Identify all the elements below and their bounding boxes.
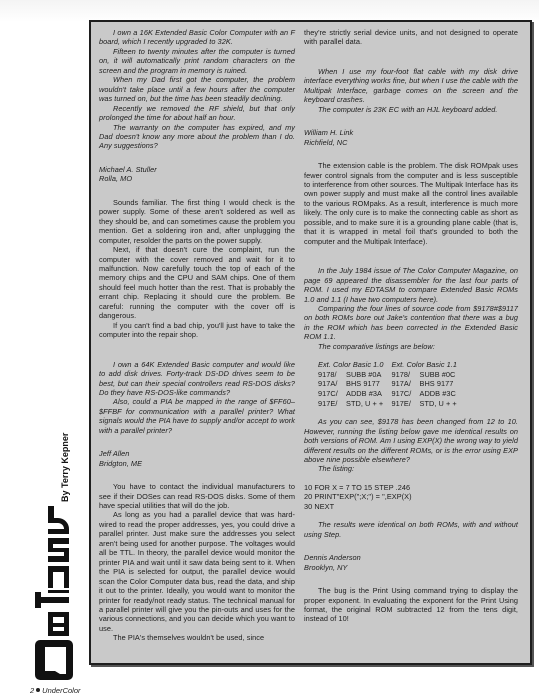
letter-link: When I use my four-foot flat cable with … <box>304 67 518 147</box>
letter-paragraph: The computer is 23K EC with an HJL keybo… <box>304 105 518 114</box>
signature-location: Bridgton, ME <box>99 459 295 468</box>
signature-location: Brooklyn, NY <box>304 563 518 572</box>
letter-paragraph: Also, could a PIA be mapped in the range… <box>99 397 295 435</box>
answer-paragraph: You have to contact the individual manuf… <box>99 482 295 510</box>
letter-paragraph: I own a 16K Extended Basic Color Compute… <box>99 28 295 47</box>
answer-stuller: Sounds familiar. The first thing I would… <box>99 198 295 340</box>
letter-paragraph: When my Dad first got the computer, the … <box>99 75 295 103</box>
table-row: 917E/ STD, U + + 917E/ STD, U + + <box>318 399 465 409</box>
article-box: I own a 16K Extended Basic Color Compute… <box>89 20 532 665</box>
address-cell: 917E/ <box>392 399 420 409</box>
previous-page-bleed <box>0 0 539 22</box>
answer-anderson: The bug is the Print Using command tryin… <box>304 586 518 624</box>
opcode-cell: STD, U + + <box>346 399 392 409</box>
letter-paragraph: In the July 1984 issue of The Color Comp… <box>304 266 518 304</box>
table-row: 917A/ BHS 9177 917A/ BHS 9177 <box>318 379 465 389</box>
signature-name: Michael A. Stuller <box>99 165 295 174</box>
left-column: I own a 16K Extended Basic Color Compute… <box>99 28 295 643</box>
basic-code-listing: 10 FOR X = 7 TO 15 STEP .246 20 PRINT"EX… <box>304 483 518 511</box>
address-cell: 917C/ <box>318 389 346 399</box>
code-line: 20 PRINT"EXP(";X;") = ",EXP(X) <box>304 492 518 501</box>
table-header-row: Ext. Color Basic 1.0 Ext. Color Basic 1.… <box>318 360 465 370</box>
letter-paragraph: As you can see, $9178 has been changed f… <box>304 417 518 464</box>
letter-paragraph: The listing: <box>304 464 518 473</box>
answer-paragraph: Sounds familiar. The first thing I would… <box>99 198 295 245</box>
answer-paragraph: The bug is the Print Using command tryin… <box>304 586 518 624</box>
opcode-cell: ADDB #3A <box>346 389 392 399</box>
answer-continued: they're strictly serial device units, an… <box>304 28 518 47</box>
signature-location: Richfield, NC <box>304 138 518 147</box>
table-row: 9178/ SUBB #0A 9178/ SUBB #0C <box>318 370 465 380</box>
address-cell: 917A/ <box>392 379 420 389</box>
answer-paragraph: The PIA's themselves wouldn't be used, s… <box>99 633 295 642</box>
bullet-icon <box>36 688 40 692</box>
letter-paragraph: Comparing the four lines of source code … <box>304 304 518 342</box>
letter-paragraph: Fifteen to twenty minutes after the comp… <box>99 47 295 75</box>
address-cell: 917A/ <box>318 379 346 389</box>
page-footer: 2UnderColor <box>30 686 81 695</box>
letter-paragraph: I own a 64K Extended Basic computer and … <box>99 360 295 398</box>
table-row: 917C/ ADDB #3A 917C/ ADDB #3C <box>318 389 465 399</box>
signature-location: Rolla, MO <box>99 174 295 183</box>
answer-paragraph: The extension cable is the problem. The … <box>304 161 518 246</box>
publication-name: UnderColor <box>42 686 80 695</box>
letter-anderson: In the July 1984 issue of The Color Comp… <box>304 266 518 572</box>
opcode-cell: BHS 9177 <box>420 379 466 389</box>
code-line: 10 FOR X = 7 TO 15 STEP .246 <box>304 483 518 492</box>
answer-paragraph: As long as you had a parallel device tha… <box>99 510 295 633</box>
answer-link: The extension cable is the problem. The … <box>304 161 518 246</box>
opcode-cell: SUBB #0C <box>420 370 466 380</box>
signature-name: William H. Link <box>304 128 518 137</box>
letter-paragraph: The results were identical on both ROMs,… <box>304 520 518 539</box>
opcode-cell: SUBB #0A <box>346 370 392 380</box>
right-column: they're strictly serial device units, an… <box>304 28 518 624</box>
page-number: 2 <box>30 686 34 695</box>
signature-name: Jeff Allen <box>99 449 295 458</box>
letter-paragraph: The warranty on the computer has expired… <box>99 123 295 151</box>
opcode-cell: BHS 9177 <box>346 379 392 389</box>
code-line: 30 NEXT <box>304 502 518 511</box>
opcode-cell: STD, U + + <box>420 399 466 409</box>
address-cell: 917C/ <box>392 389 420 399</box>
rom-listing-table: Ext. Color Basic 1.0 Ext. Color Basic 1.… <box>318 360 465 408</box>
table-header: Ext. Color Basic 1.0 <box>318 360 392 370</box>
table-header: Ext. Color Basic 1.1 <box>392 360 466 370</box>
address-cell: 9178/ <box>318 370 346 380</box>
opcode-cell: ADDB #3C <box>420 389 466 399</box>
address-cell: 917E/ <box>318 399 346 409</box>
letter-paragraph: Recently we removed the RF shield, but t… <box>99 104 295 123</box>
answer-paragraph: If you can't find a bad chip, you'll jus… <box>99 321 295 340</box>
answer-allen: You have to contact the individual manuf… <box>99 482 295 643</box>
letter-paragraph: When I use my four-foot flat cable with … <box>304 67 518 105</box>
signature-name: Dennis Anderson <box>304 553 518 562</box>
answer-paragraph: Next, if that doesn't cure the complaint… <box>99 245 295 321</box>
defusr-logo: Defusr <box>34 502 79 682</box>
byline: By Terry Kepner <box>60 433 70 502</box>
letter-stuller: I own a 16K Extended Basic Color Compute… <box>99 28 295 184</box>
letter-paragraph: The comparative listings are below: <box>304 342 518 351</box>
address-cell: 9178/ <box>392 370 420 380</box>
letter-allen: I own a 64K Extended Basic computer and … <box>99 360 295 469</box>
